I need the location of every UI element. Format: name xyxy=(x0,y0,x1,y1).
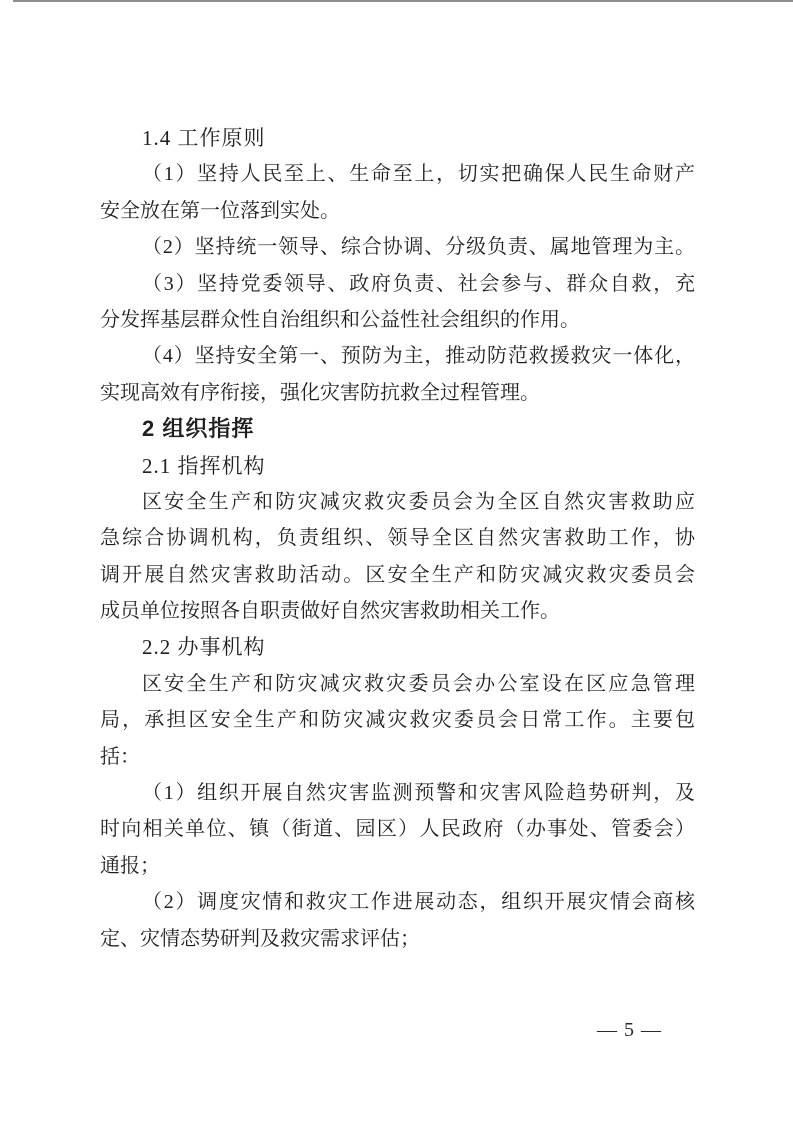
heading-line: 1.4 工作原则 xyxy=(100,120,695,156)
page-top-edge-line xyxy=(13,0,793,2)
text-line: （3）坚持党委领导、政府负责、社会参与、群众自救，充 xyxy=(100,266,695,302)
text-line: 时向相关单位、镇（街道、园区）人民政府（办事处、管委会） xyxy=(100,811,695,847)
heading-line: 2 组织指挥 xyxy=(100,411,695,447)
text-line: （4）坚持安全第一、预防为主，推动防范救援救灾一体化， xyxy=(100,338,695,374)
text-line: 分发挥基层群众性自治组织和公益性社会组织的作用。 xyxy=(100,302,695,338)
heading-line: 2.1 指挥机构 xyxy=(100,448,695,484)
page-number: — 5 — xyxy=(597,1019,662,1042)
text-line: 定、灾情态势研判及救灾需求评估； xyxy=(100,921,695,957)
text-line: 局，承担区安全生产和防灾减灾救灾委员会日常工作。主要包 xyxy=(100,702,695,738)
text-line: 急综合协调机构，负责组织、领导全区自然灾害救助工作，协 xyxy=(100,520,695,556)
text-line: （1）组织开展自然灾害监测预警和灾害风险趋势研判，及 xyxy=(100,775,695,811)
document-page: 1.4 工作原则（1）坚持人民至上、生命至上，切实把确保人民生命财产安全放在第一… xyxy=(0,0,793,1121)
heading-line: 2.2 办事机构 xyxy=(100,629,695,665)
text-line: 实现高效有序衔接，强化灾害防抗救全过程管理。 xyxy=(100,375,695,411)
text-line: 成员单位按照各自职责做好自然灾害救助相关工作。 xyxy=(100,593,695,629)
text-line: 区安全生产和防灾减灾救灾委员会为全区自然灾害救助应 xyxy=(100,484,695,520)
text-line: （2）坚持统一领导、综合协调、分级负责、属地管理为主。 xyxy=(100,229,695,265)
text-line: 通报； xyxy=(100,848,695,884)
text-line: 调开展自然灾害救助活动。区安全生产和防灾减灾救灾委员会 xyxy=(100,557,695,593)
text-line: （1）坚持人民至上、生命至上，切实把确保人民生命财产 xyxy=(100,156,695,192)
text-line: （2）调度灾情和救灾工作进展动态，组织开展灾情会商核 xyxy=(100,884,695,920)
text-line: 安全放在第一位落到实处。 xyxy=(100,193,695,229)
text-line: 区安全生产和防灾减灾救灾委员会办公室设在区应急管理 xyxy=(100,666,695,702)
document-body: 1.4 工作原则（1）坚持人民至上、生命至上，切实把确保人民生命财产安全放在第一… xyxy=(100,120,695,957)
text-line: 括： xyxy=(100,739,695,775)
